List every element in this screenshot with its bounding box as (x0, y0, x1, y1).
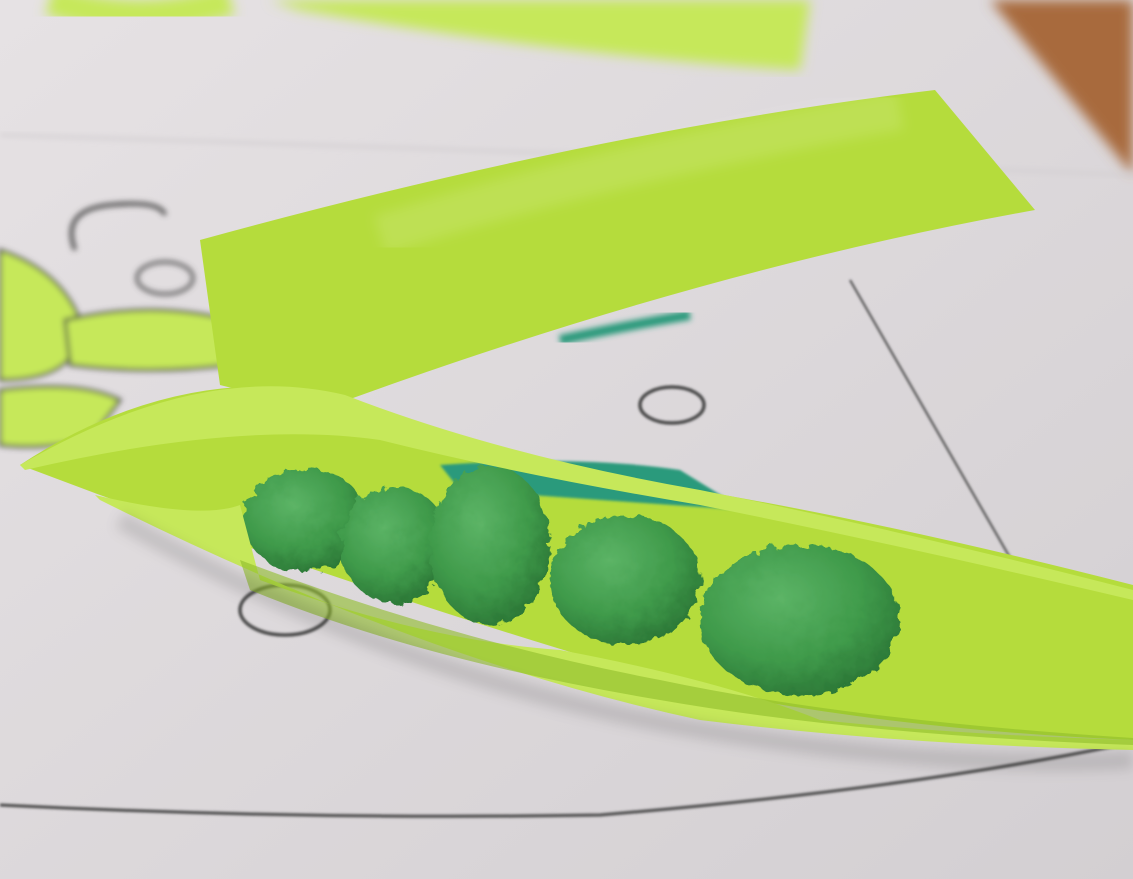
photo-scene (0, 0, 1133, 879)
peas-in-pod-photo (0, 0, 1133, 879)
tissue-pea (700, 545, 900, 695)
tissue-pea (550, 515, 700, 645)
back-drawing (50, 0, 230, 15)
tissue-pea (430, 465, 550, 625)
